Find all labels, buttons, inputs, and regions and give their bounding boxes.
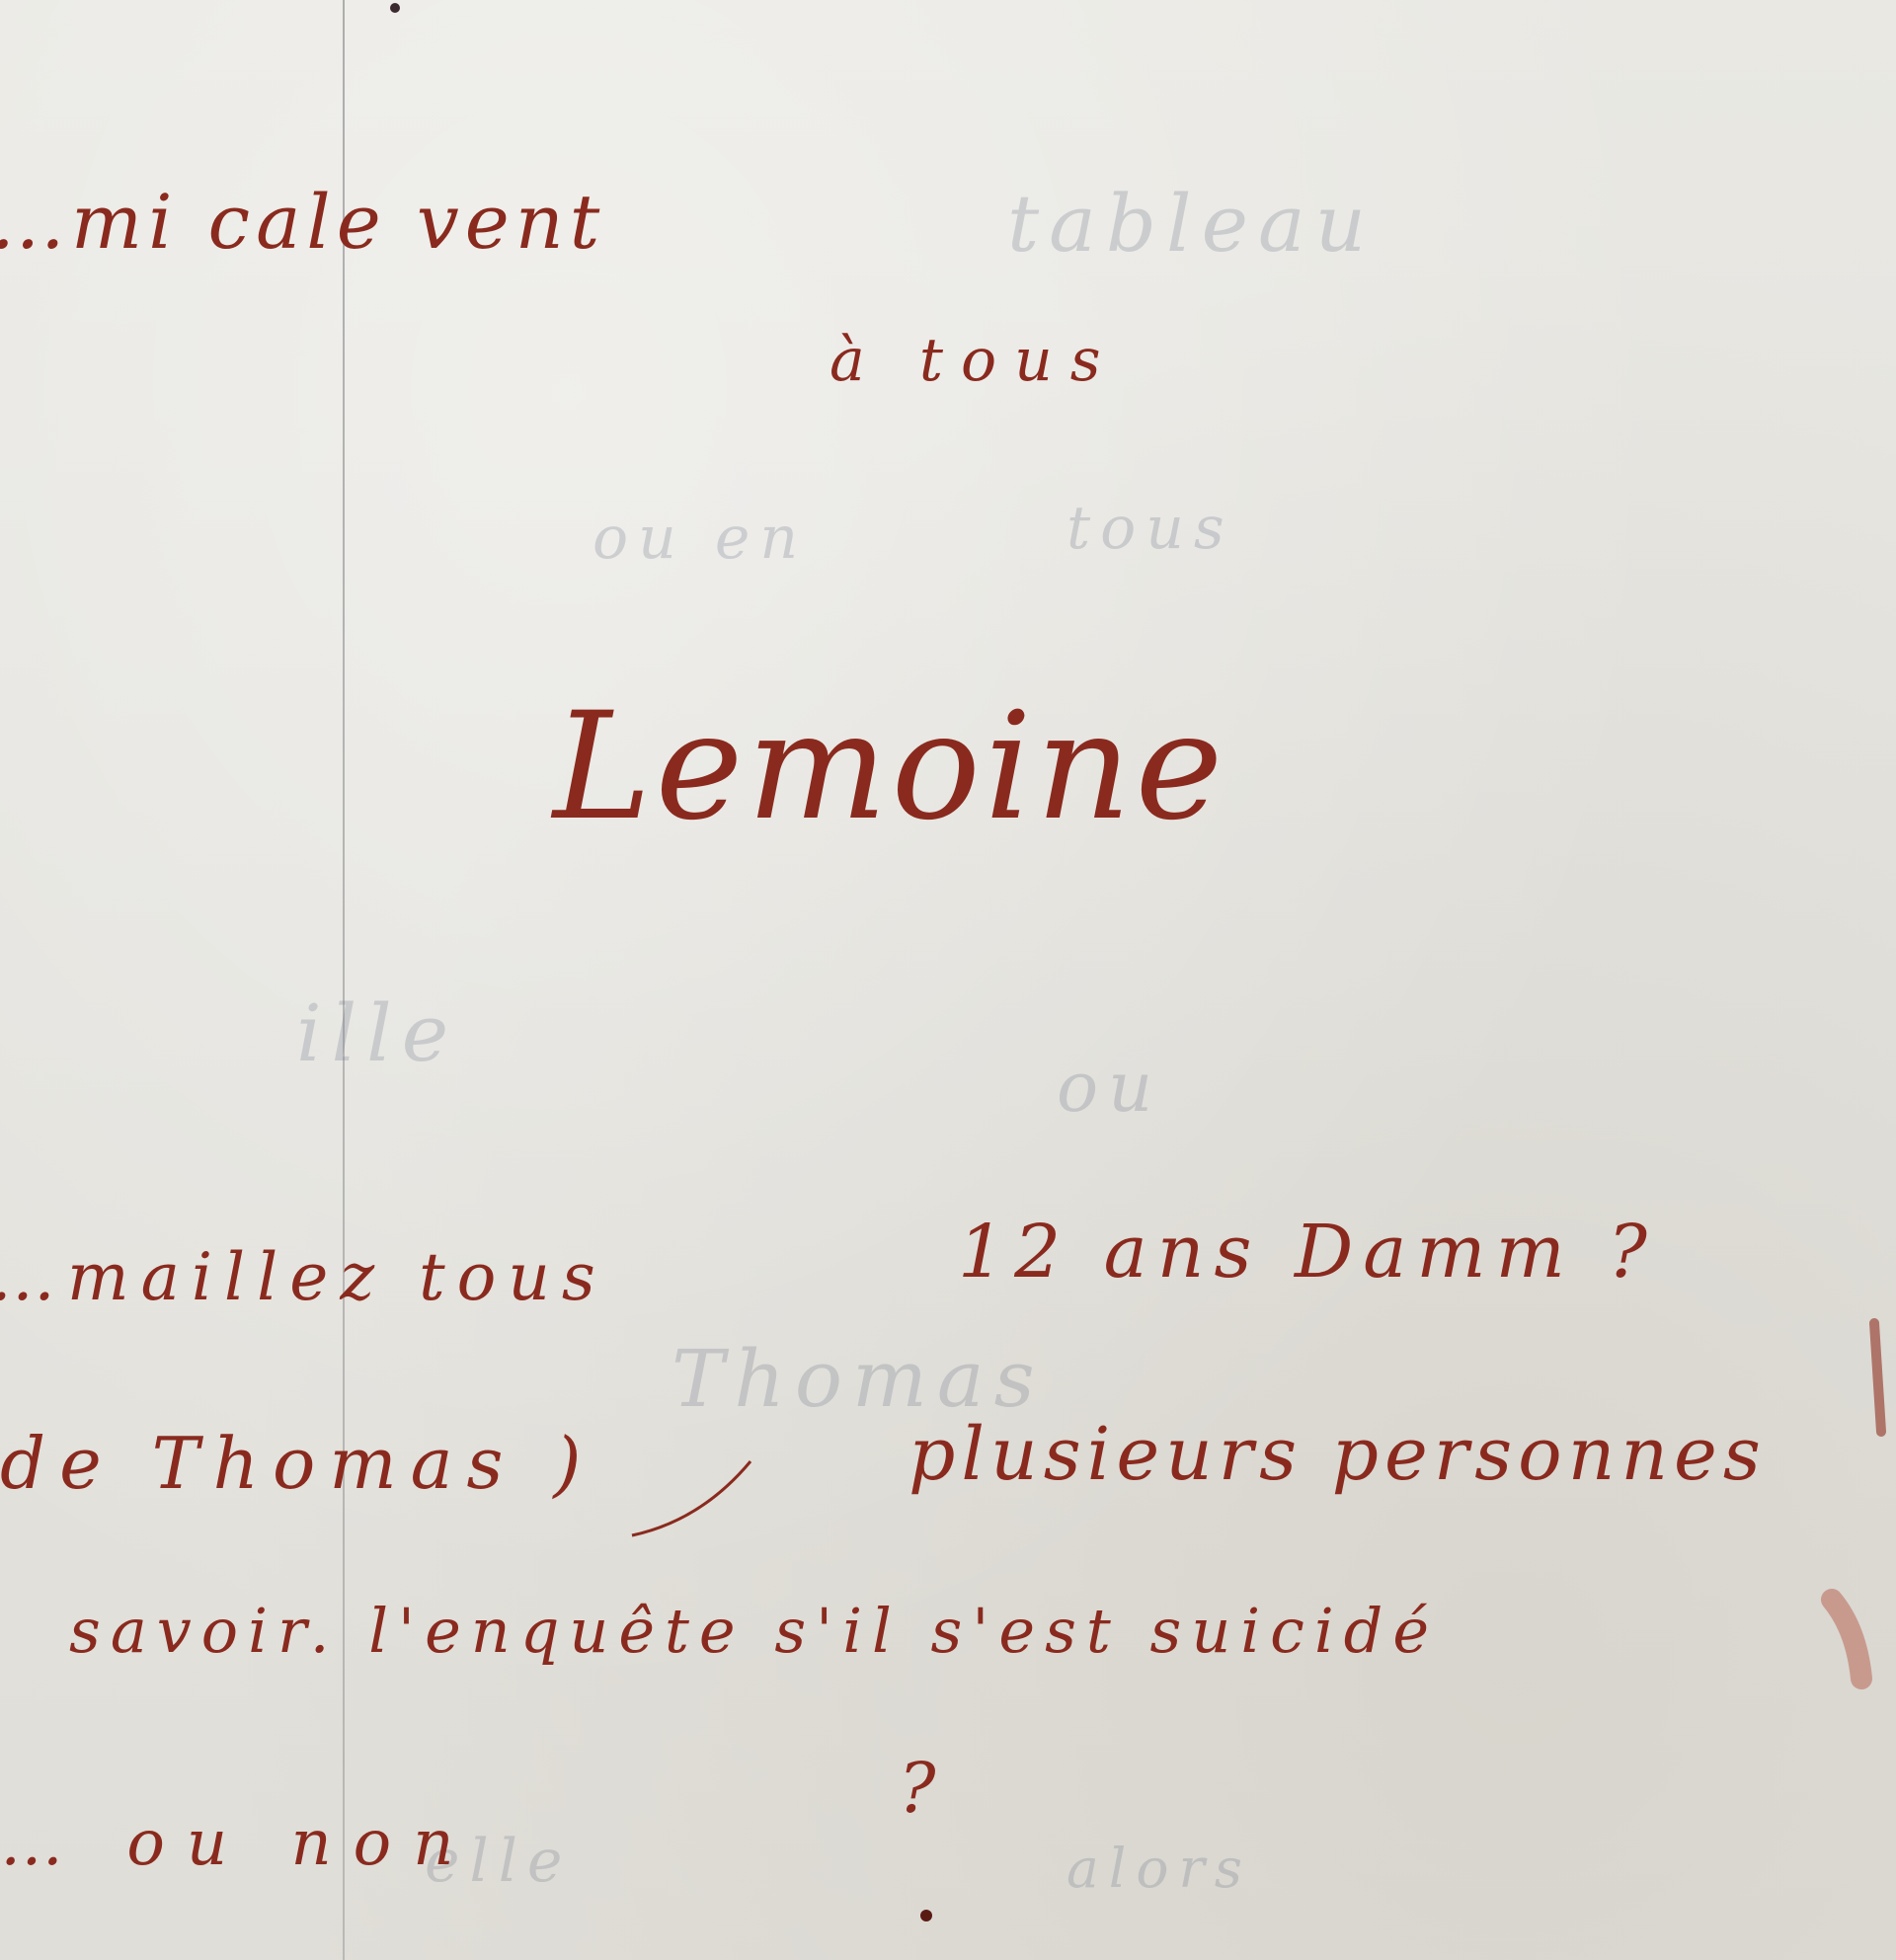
handwritten-line: à tous [829, 326, 1119, 395]
bleed-through-text: tableau [1007, 178, 1376, 270]
handwritten-line: savoir. l'enquête s'il s'est suicidé [69, 1595, 1439, 1667]
bleed-through-text: ille [296, 987, 458, 1079]
letter-page: tableau ou en tous ille ou Thomas elle a… [0, 0, 1896, 1960]
bleed-through-text: tous [1066, 494, 1234, 563]
handwritten-line: de Thomas ) [0, 1422, 594, 1505]
handwritten-line: plusieurs personnes [908, 1412, 1767, 1497]
bleed-through-text: ou [1057, 1047, 1162, 1128]
handwritten-line: …mi cale vent [0, 178, 605, 266]
handwritten-line: …maillez tous [0, 1239, 607, 1315]
bleed-through-text: alors [1066, 1837, 1252, 1900]
signature: Lemoine [553, 681, 1226, 853]
bleed-through-text: ou en [592, 504, 808, 573]
handwritten-line: ? [899, 1748, 942, 1829]
handwritten-line: 12 ans Damm ? [958, 1210, 1657, 1294]
handwritten-line: … ou non [0, 1807, 475, 1880]
